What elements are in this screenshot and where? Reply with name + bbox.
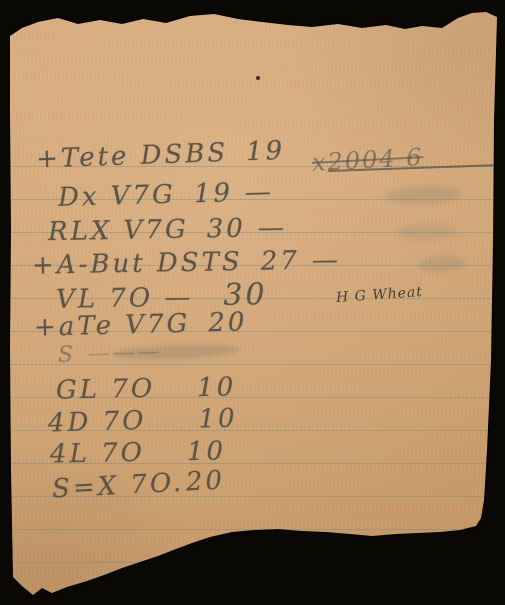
- entry-value: 10: [187, 436, 227, 467]
- paper-wrap: +Tete DSBS19 x2004 6 Dx V7G19— RLX V7G30…: [0, 0, 505, 605]
- handwriting-line: S———: [58, 339, 164, 368]
- handwriting-line: 4L 7O10: [50, 436, 227, 469]
- handwriting-line: +A-But DSTS27—: [32, 245, 341, 280]
- entry-dash: ———: [88, 339, 164, 367]
- entry-value: 10: [197, 372, 237, 403]
- entry-value: 19: [246, 136, 286, 167]
- entry-text: Dx V7G: [58, 180, 177, 213]
- photo-background: +Tete DSBS19 x2004 6 Dx V7G19— RLX V7G30…: [0, 0, 505, 605]
- entry-value: 27: [260, 246, 300, 277]
- entry-value: 30: [206, 214, 246, 245]
- handwriting-line: +aTe V7G20: [34, 307, 248, 343]
- paper-speck: [256, 76, 260, 80]
- entry-text: RLX V7G: [48, 215, 189, 247]
- entry-value: 19: [193, 178, 233, 209]
- entry-text: GL 7O: [56, 374, 156, 406]
- handwriting-line: 4D 7O10: [48, 404, 238, 439]
- entry-text: 4L 7O: [50, 438, 145, 470]
- entry-value: 10: [198, 404, 238, 435]
- entry-value: 20: [185, 465, 226, 497]
- entry-text: 4D 7O: [48, 406, 147, 439]
- entry-value: 20: [208, 307, 248, 338]
- entry-dash: —: [258, 213, 288, 244]
- handwriting-line: RLX V7G30—: [48, 213, 287, 247]
- entry-dash: [297, 135, 298, 165]
- entry-dash: —: [245, 177, 275, 208]
- torn-paper-scrap: +Tete DSBS19 x2004 6 Dx V7G19— RLX V7G30…: [0, 0, 505, 605]
- entry-text: +A-But DSTS: [32, 247, 243, 281]
- handwriting-line: GL 7O10: [56, 372, 237, 405]
- entry-dash: —: [312, 245, 342, 276]
- entry-text: +aTe V7G: [34, 309, 191, 343]
- entry-text: S: [58, 342, 77, 368]
- handwriting-line: Dx V7G19—: [58, 177, 275, 213]
